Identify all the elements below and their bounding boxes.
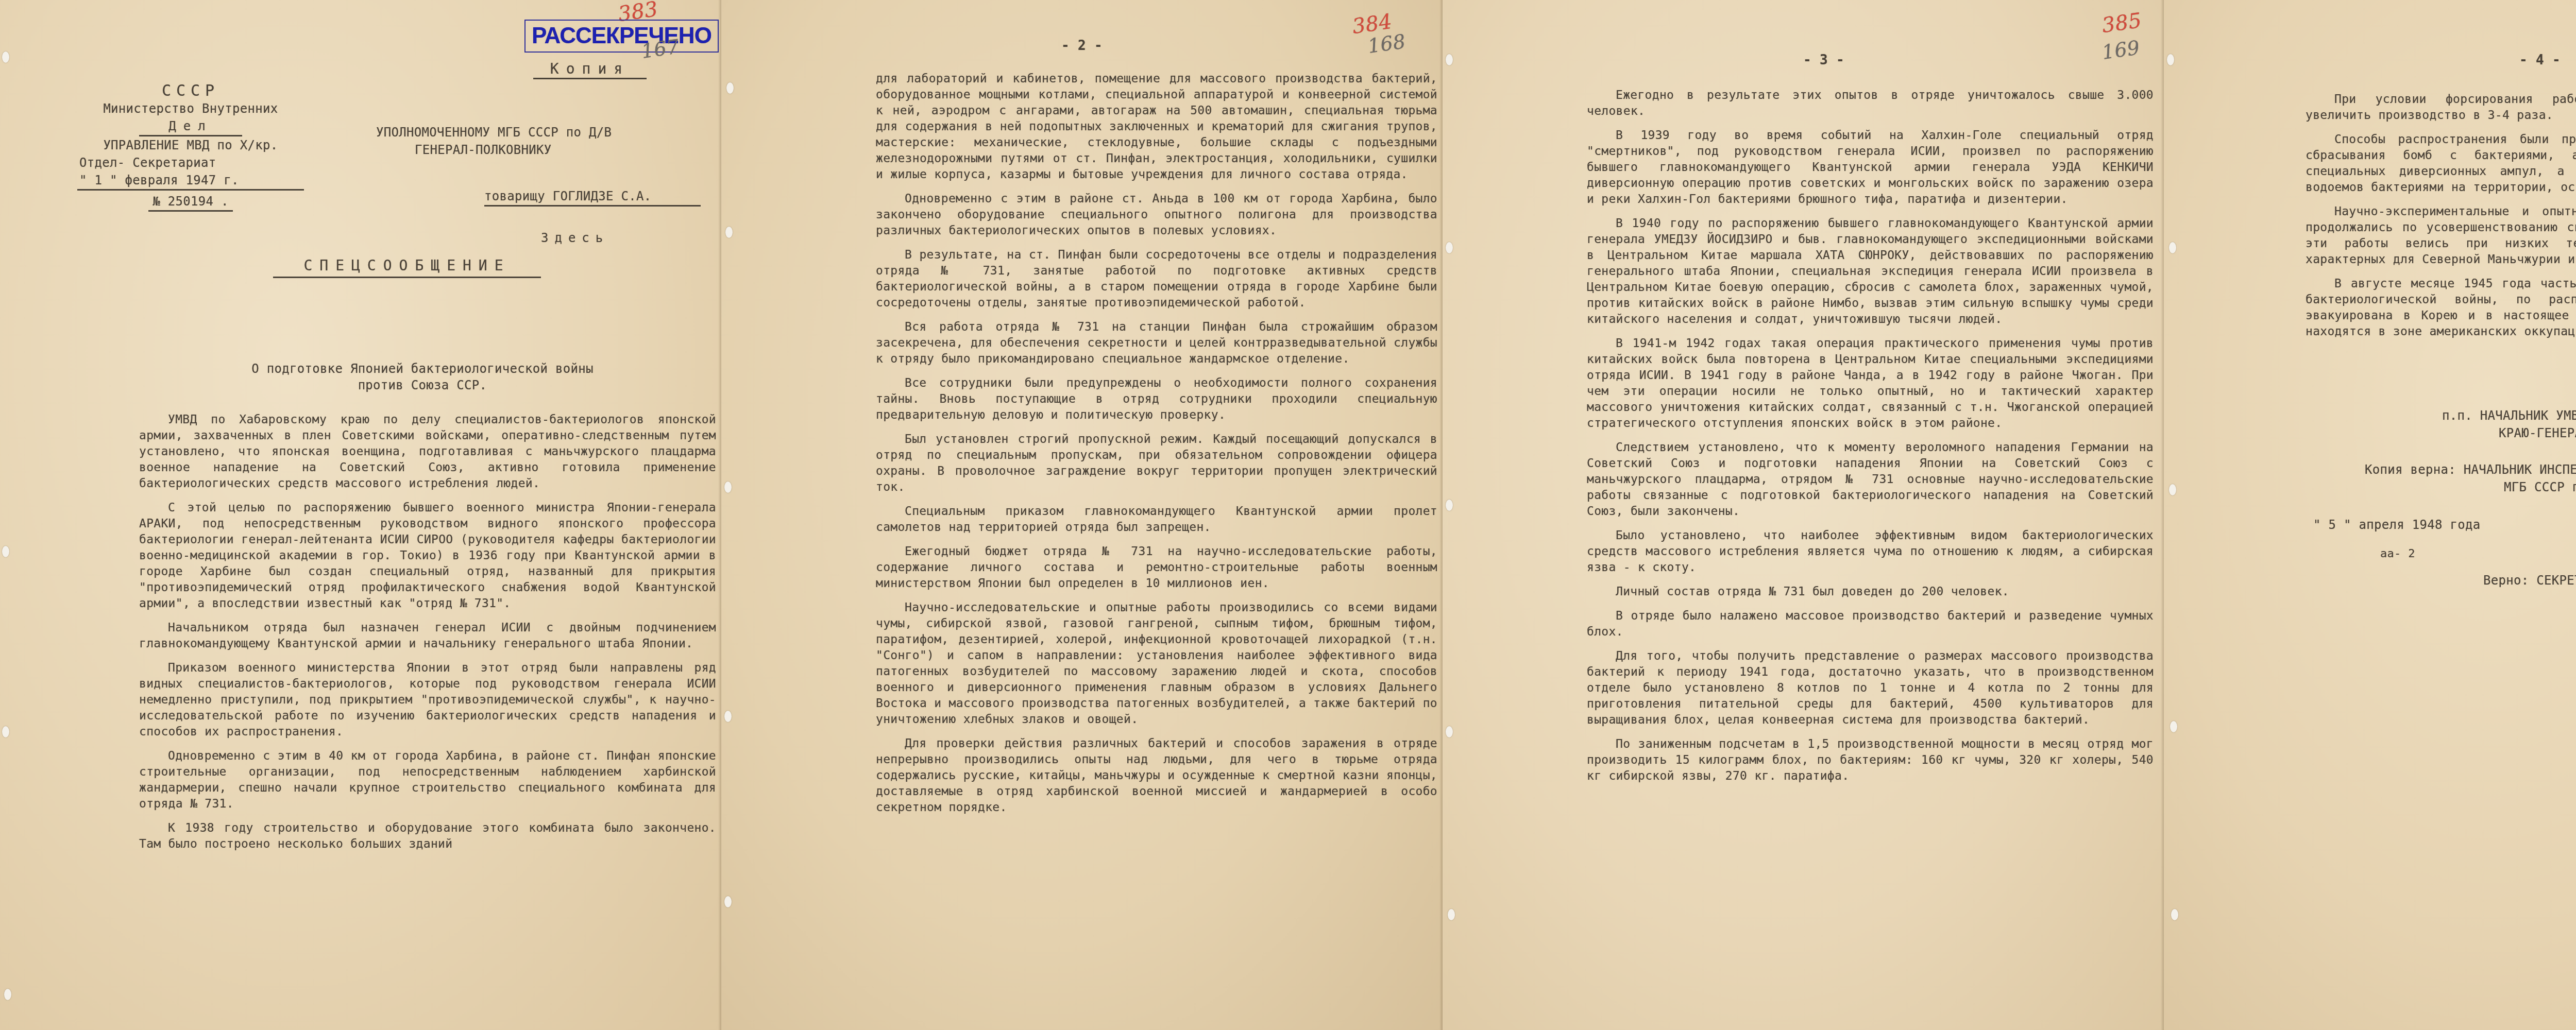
paragraph: Способы распространения были приняты: с … [2306,132,2576,196]
paragraph: При условии форсирования работ, имеющеес… [2306,92,2576,124]
punch-hole [724,711,732,722]
signatory-title: п.п. НАЧАЛЬНИК УМВД ПО ХАБАРОВСКОМУ [2442,407,2576,424]
punch-hole [1446,500,1453,511]
page-3-body: Ежегодно в результате этих опытов в отря… [1587,88,2154,793]
sender-block: СССР Министерство Внутренних Дел УПРАВЛЕ… [77,82,304,212]
paragraph: Все сотрудники были предупреждены о необ… [876,375,1437,423]
document-page-4: РАССЕКРЕЧЕНО 386 170 - 4 - При условии ф… [2164,0,2576,1030]
paragraph: Научно-экспериментальные и опытные работ… [2306,204,2576,268]
page-marker: - 4 - [2488,53,2576,68]
paragraph: Было установлено, что наиболее эффективн… [1587,528,2154,576]
archive-number-gray: 168 [1367,33,1406,55]
verified-block: Верно: СЕКРЕТАРЬ 1 СПЕЦИАЛЬНОГО ОТДЕЛА У… [2483,572,2576,607]
document-date: " 5 " апреля 1948 года [2313,517,2480,533]
paragraph: В результате, на ст. Пинфан были сосредо… [876,247,1437,311]
punch-hole [2,726,9,737]
paragraph: Начальником отряда был назначен генерал … [139,620,716,652]
page-marker: - 3 - [1772,53,1875,68]
verified-title: Верно: СЕКРЕТАРЬ 1 СПЕЦИАЛЬНОГО ОТДЕЛА [2483,572,2576,589]
paragraph: К 1938 году строительство и оборудование… [139,820,716,852]
punch-hole [724,482,732,493]
paragraph: Личный состав отряда № 731 был доведен д… [1587,584,2154,600]
page-1-body: УМВД по Хабаровскому краю по делу специа… [139,412,716,861]
sender-section: Отдел- Секретариат [77,154,304,171]
punch-hole [2,51,9,63]
paragraph: УМВД по Хабаровскому краю по делу специа… [139,412,716,492]
declassified-stamp: РАССЕКРЕЧЕНО [524,20,719,53]
verified-name: УМГБ (БАРАНОВА) [2483,589,2576,607]
subtitle-line-2: против Союза ССР. [196,377,649,393]
punch-hole [1446,242,1453,253]
paragraph: Вся работа отряда № 731 на станции Пинфа… [876,319,1437,367]
document-page-1: 383 РАССЕКРЕЧЕНО 167 Копия СССР Министер… [0,0,721,1030]
recipient-rank: ГЕНЕРАЛ-ПОЛКОВНИКУ [376,141,685,159]
paragraph: Одновременно с этим в 40 км от города Ха… [139,748,716,812]
paragraph: В 1940 году по распоряжению бывшего глав… [1587,216,2154,328]
sender-country: СССР [77,82,304,100]
recipient-block: УПОЛНОМОЧЕННОМУ МГБ СССР по Д/В ГЕНЕРАЛ-… [376,124,685,247]
page-4-body: При условии форсирования работ, имеющеес… [2306,92,2576,348]
sender-ministry-cont: Дел [139,117,242,136]
punch-hole [4,989,11,1000]
punch-hole [1448,909,1455,920]
punch-hole [1446,726,1453,737]
paragraph: для лабораторий и кабинетов, помещение д… [876,71,1437,183]
sender-ministry: Министерство Внутренних [77,100,304,117]
paragraph: В 1941-м 1942 годах такая операция практ… [1587,336,2154,432]
copy-certified-block: Копия верна: НАЧАЛЬНИК ИНСПЕКЦИИ ПРИ УПО… [2365,461,2576,519]
paragraph: Для проверки действия различных бактерий… [876,736,1437,816]
sender-date: " 1 " февраля 1947 г. [77,171,304,191]
paragraph: Научно-исследовательские и опытные работ… [876,600,1437,728]
archive-number-gray: 169 [2101,40,2141,61]
paragraph: Для того, чтобы получить представление о… [1587,648,2154,728]
paragraph: Ежегодно в результате этих опытов в отря… [1587,88,2154,119]
punch-hole [1446,54,1453,65]
page-marker: - 2 - [1030,38,1133,54]
punch-hole [725,227,733,238]
archive-number-gray: 167 [640,39,680,60]
punch-hole [2171,909,2178,920]
paragraph: Одновременно с этим в районе ст. Аньда в… [876,191,1437,239]
punch-hole [2167,54,2174,65]
punch-hole [2170,721,2177,732]
punch-hole [724,896,732,907]
paragraph: По заниженным подсчетам в 1,5 производст… [1587,736,2154,784]
paragraph: Ежегодный бюджет отряда № 731 на научно-… [876,544,1437,592]
punch-hole [2169,242,2176,253]
recipient-location: Здесь [541,229,685,247]
document-subtitle: О подготовке Японией бактериологической … [196,360,649,393]
signatory-rank: КРАЮ-ГЕНЕРАЛ-ЛЕЙТЕНАНТ [2442,424,2576,442]
document-heading: СПЕЦСООБЩЕНИЕ [273,257,541,278]
recipient-title: УПОЛНОМОЧЕННОМУ МГБ СССР по Д/В [376,124,685,141]
copies-count: аа- 2 [2380,546,2415,562]
page-2-body: для лабораторий и кабинетов, помещение д… [876,71,1437,824]
paragraph: В 1939 году во время событий на Халхин-Г… [1587,128,2154,208]
paragraph: В августе месяце 1945 года часть отряда … [2306,276,2576,340]
recipient-name: товарищу ГОГЛИДЗЕ С.А. [484,187,701,207]
paragraph: Приказом военного министерства Японии в … [139,660,716,740]
document-page-2: 384 168 - 2 - для лабораторий и кабинето… [721,0,1443,1030]
punch-hole [726,82,734,94]
paragraph: Следствием установлено, что к моменту ве… [1587,440,2154,520]
copy-certified-name: (ОРЕСТОВ) [2365,501,2576,519]
paragraph: Был установлен строгий пропускной режим.… [876,432,1437,495]
document-page-3: 385 169 - 3 - Ежегодно в результате этих… [1443,0,2164,1030]
copy-certified-rank: МГБ СССР по Д/В-МАЙОР [2365,478,2576,496]
archive-number-red: 385 [2101,13,2143,34]
copy-certified-title: Копия верна: НАЧАЛЬНИК ИНСПЕКЦИИ ПРИ УПО… [2365,461,2576,478]
subtitle-line-1: О подготовке Японией бактериологической … [196,360,649,377]
paragraph: В отряде было налажено массовое производ… [1587,608,2154,640]
paragraph: Специальным приказом главнокомандующего … [876,504,1437,536]
copy-label: Копия [533,61,647,79]
punch-hole [2169,484,2176,495]
punch-hole [2,546,9,557]
sender-department: УПРАВЛЕНИЕ МВД по Х/кр. [77,136,304,154]
sender-number: № 250194 . [148,193,233,212]
paragraph: С этой целью по распоряжению бывшего вое… [139,500,716,612]
